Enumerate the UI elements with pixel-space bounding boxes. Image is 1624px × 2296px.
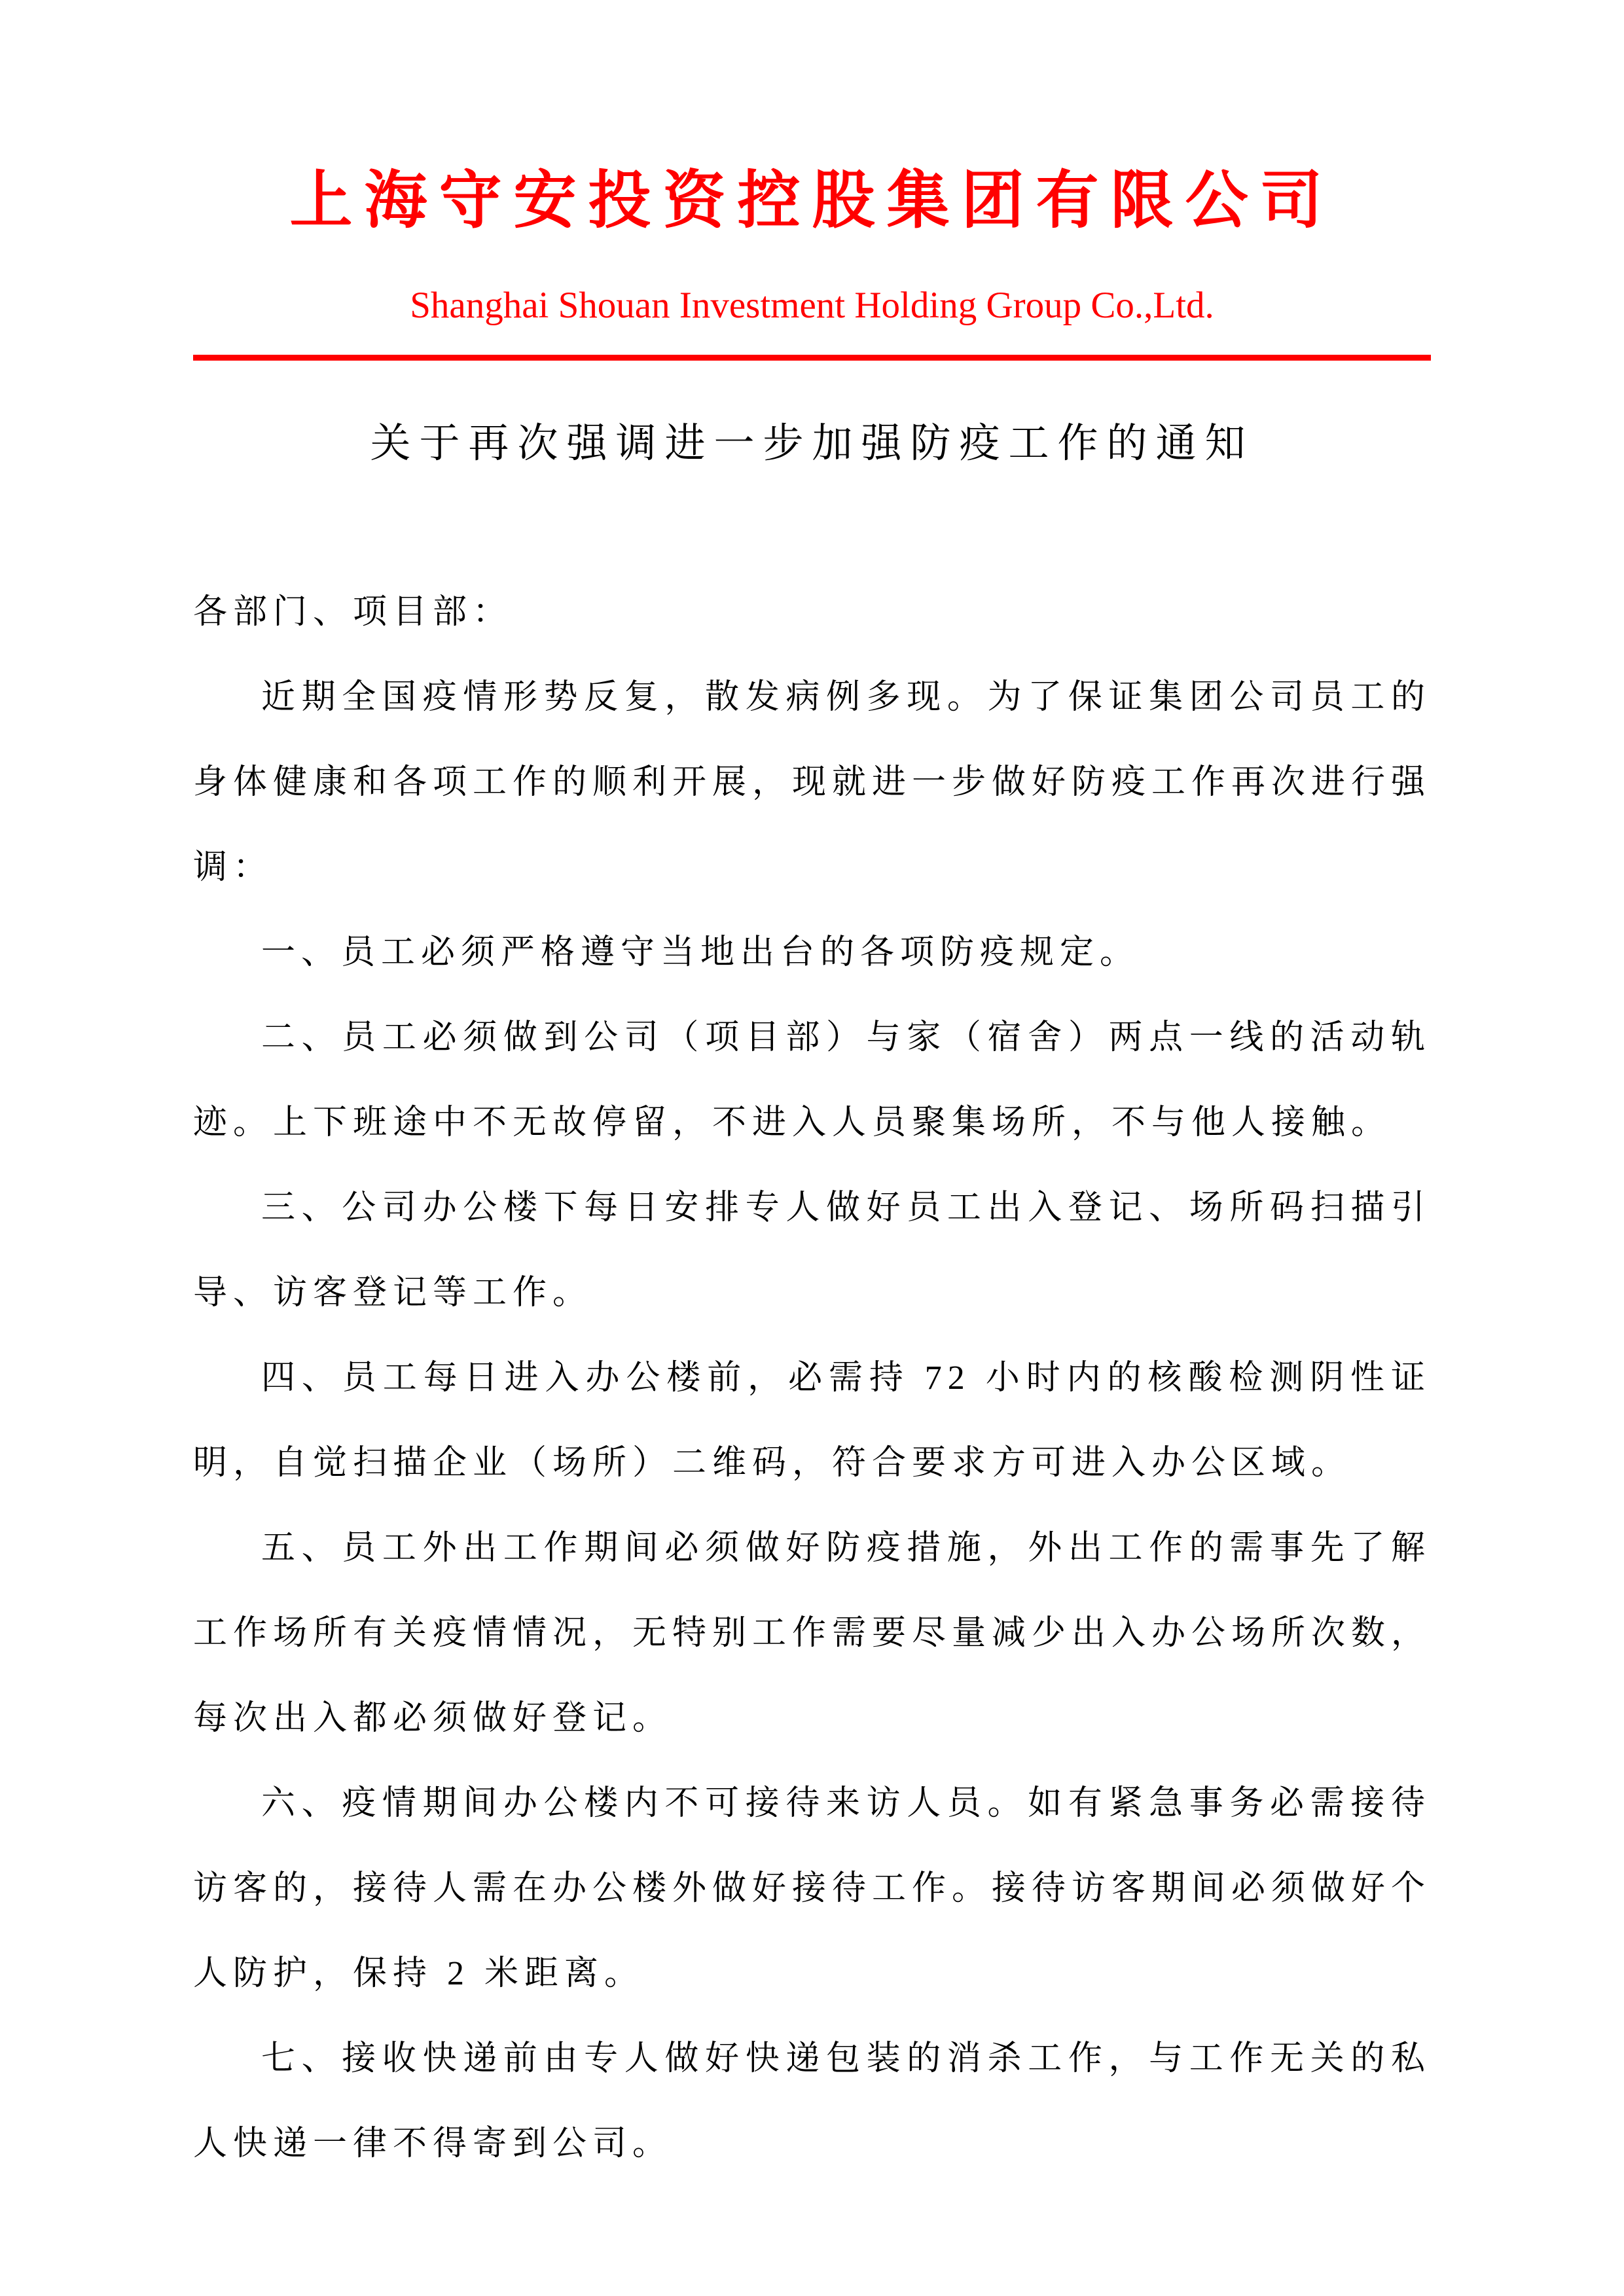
document-page: 上海守安投资控股集团有限公司 Shanghai Shouan Investmen… — [0, 0, 1624, 2296]
body-paragraph-item-2: 二、员工必须做到公司（项目部）与家（宿舍）两点一线的活动轨迹。上下班途中不无故停… — [193, 996, 1431, 1166]
body-paragraph-item-1: 一、员工必须严格遵守当地出台的各项防疫规定。 — [193, 910, 1431, 996]
body-paragraph-item-5: 五、员工外出工作期间必须做好防疫措施，外出工作的需事先了解工作场所有关疫情情况，… — [193, 1506, 1431, 1761]
notice-title: 关于再次强调进一步加强防疫工作的通知 — [193, 421, 1431, 467]
letterhead: 上海守安投资控股集团有限公司 Shanghai Shouan Investmen… — [193, 0, 1431, 361]
body-paragraph-item-4: 四、员工每日进入办公楼前，必需持 72 小时内的核酸检测阴性证明，自觉扫描企业（… — [193, 1336, 1431, 1506]
notice-body: 各部门、项目部： 近期全国疫情形势反复，散发病例多现。为了保证集团公司员工的身体… — [193, 570, 1431, 2187]
body-paragraph-item-3: 三、公司办公楼下每日安排专人做好员工出入登记、场所码扫描引导、访客登记等工作。 — [193, 1166, 1431, 1336]
body-paragraph-intro: 近期全国疫情形势反复，散发病例多现。为了保证集团公司员工的身体健康和各项工作的顺… — [193, 655, 1431, 910]
salutation-line: 各部门、项目部： — [193, 570, 1431, 655]
letterhead-divider — [193, 355, 1431, 361]
body-paragraph-item-7: 七、接收快递前由专人做好快递包装的消杀工作，与工作无关的私人快递一律不得寄到公司… — [193, 2017, 1431, 2187]
company-name-chinese: 上海守安投资控股集团有限公司 — [193, 0, 1431, 237]
body-paragraph-item-6: 六、疫情期间办公楼内不可接待来访人员。如有紧急事务必需接待访客的，接待人需在办公… — [193, 1761, 1431, 2017]
company-name-english: Shanghai Shouan Investment Holding Group… — [193, 284, 1431, 327]
